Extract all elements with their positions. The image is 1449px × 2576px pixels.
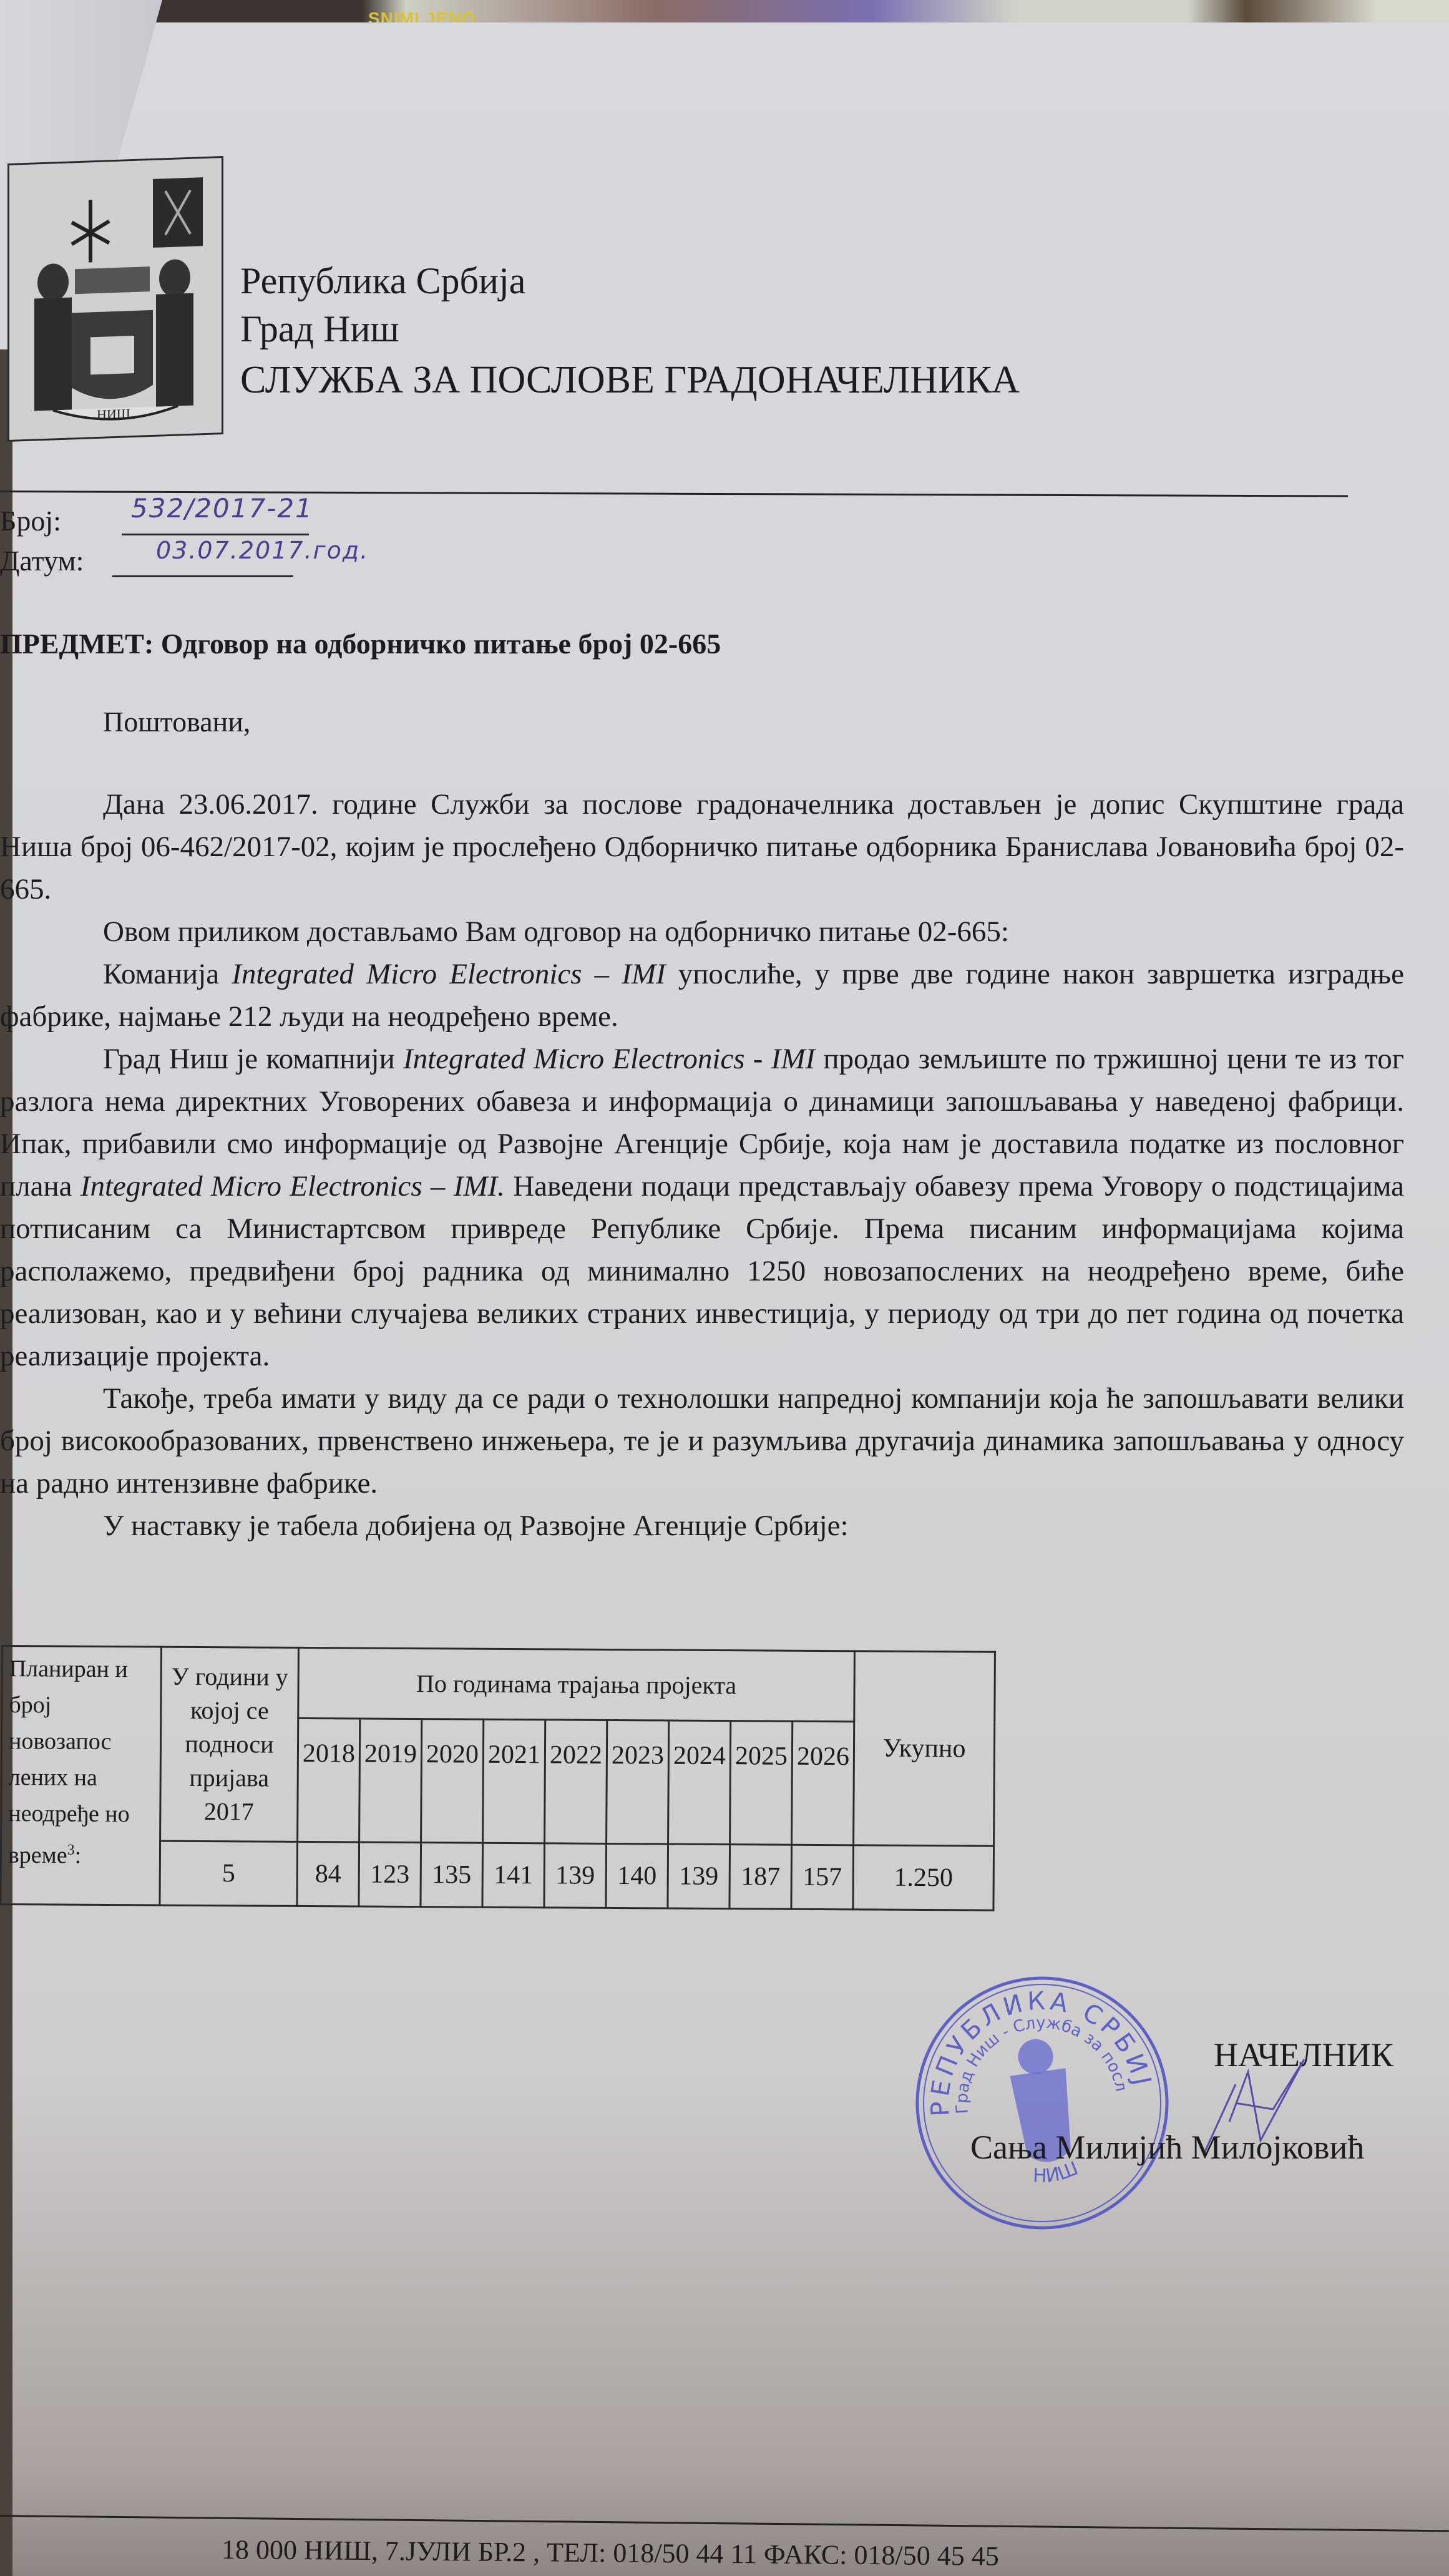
paragraph-3: Команија Integrated Micro Electronics – … xyxy=(0,953,1404,1038)
project-years-header: По годинама трајања пројекта xyxy=(298,1647,855,1721)
year-header-2025: 2025 xyxy=(730,1721,793,1845)
greeting: Поштовани, xyxy=(103,705,250,738)
year-value-2022: 139 xyxy=(544,1843,607,1908)
datum-underline xyxy=(112,575,293,577)
paragraph-5: Такође, треба имати у виду да се ради о … xyxy=(0,1377,1404,1505)
datum-label: Датум: xyxy=(0,544,84,577)
submission-value: 5 xyxy=(160,1841,298,1906)
year-value-2024: 139 xyxy=(668,1844,730,1909)
company-name: Integrated Micro Electronics - IMI xyxy=(403,1043,815,1075)
letter-body: Дана 23.06.2017. године Служби за послов… xyxy=(0,783,1404,1547)
subject-line: ПРЕДМЕТ: Одговор на одборничко питање бр… xyxy=(0,627,721,660)
footer-address: 18 000 НИШ, 7.ЈУЛИ БР.2 , ТЕЛ: 018/50 44… xyxy=(222,2534,999,2572)
year-value-2019: 123 xyxy=(359,1842,421,1907)
employment-plan-table: Планиран и број новозапос лених на неодр… xyxy=(0,1645,996,1911)
broj-value: 532/2017-21 xyxy=(131,493,313,524)
year-header-2022: 2022 xyxy=(545,1720,607,1844)
year-header-2023: 2023 xyxy=(607,1720,669,1844)
year-header-2020: 2020 xyxy=(421,1719,484,1843)
year-value-2018: 84 xyxy=(297,1842,359,1906)
company-name: Integrated Micro Electronics – IMI. xyxy=(80,1170,505,1203)
paragraph-4: Град Ниш је комапнији Integrated Micro E… xyxy=(0,1038,1404,1377)
broj-label: Број: xyxy=(0,504,61,537)
year-value-2026: 157 xyxy=(791,1845,854,1910)
header-office: СЛУЖБА ЗА ПОСЛОВЕ ГРАДОНАЧЕЛНИКА xyxy=(240,361,1020,399)
year-header-2018: 2018 xyxy=(298,1718,360,1842)
nis-coat-of-arms-icon: НИШ xyxy=(7,156,223,442)
signatory-name: Сања Милијић Милојковић xyxy=(970,2128,1364,2167)
svg-text:НИШ: НИШ xyxy=(97,406,130,422)
year-value-2020: 135 xyxy=(421,1843,483,1908)
paragraph-1: Дана 23.06.2017. године Служби за послов… xyxy=(0,783,1404,910)
year-header-2026: 2026 xyxy=(792,1721,854,1845)
row-header-cell: Планиран и број новозапос лених на неодр… xyxy=(1,1646,162,1906)
official-stamp-icon: РЕПУБЛИКА СРБИЈА Град Ниш - Служба за по… xyxy=(890,1948,1194,2258)
header-republic: Република Србија xyxy=(240,262,525,300)
total-header: Укупно xyxy=(854,1651,995,1846)
year-value-2023: 140 xyxy=(606,1843,668,1908)
submission-year-header: У години у којој се подноси пријава 2017 xyxy=(160,1647,299,1842)
paragraph-6: У наставку је табела добијена од Развојн… xyxy=(0,1505,1404,1547)
year-header-2021: 2021 xyxy=(483,1719,545,1843)
header-city: Град Ниш xyxy=(240,310,399,348)
year-value-2021: 141 xyxy=(482,1843,545,1908)
datum-value: 03.07.2017.год. xyxy=(156,537,369,564)
year-header-2024: 2024 xyxy=(668,1720,731,1845)
company-name: Integrated Micro Electronics – IMI xyxy=(232,958,665,990)
broj-underline xyxy=(122,534,309,535)
paragraph-2: Овом приликом достављамо Вам одговор на … xyxy=(0,910,1404,953)
year-value-2025: 187 xyxy=(729,1845,792,1910)
total-value: 1.250 xyxy=(853,1845,994,1910)
year-header-2019: 2019 xyxy=(359,1719,422,1843)
